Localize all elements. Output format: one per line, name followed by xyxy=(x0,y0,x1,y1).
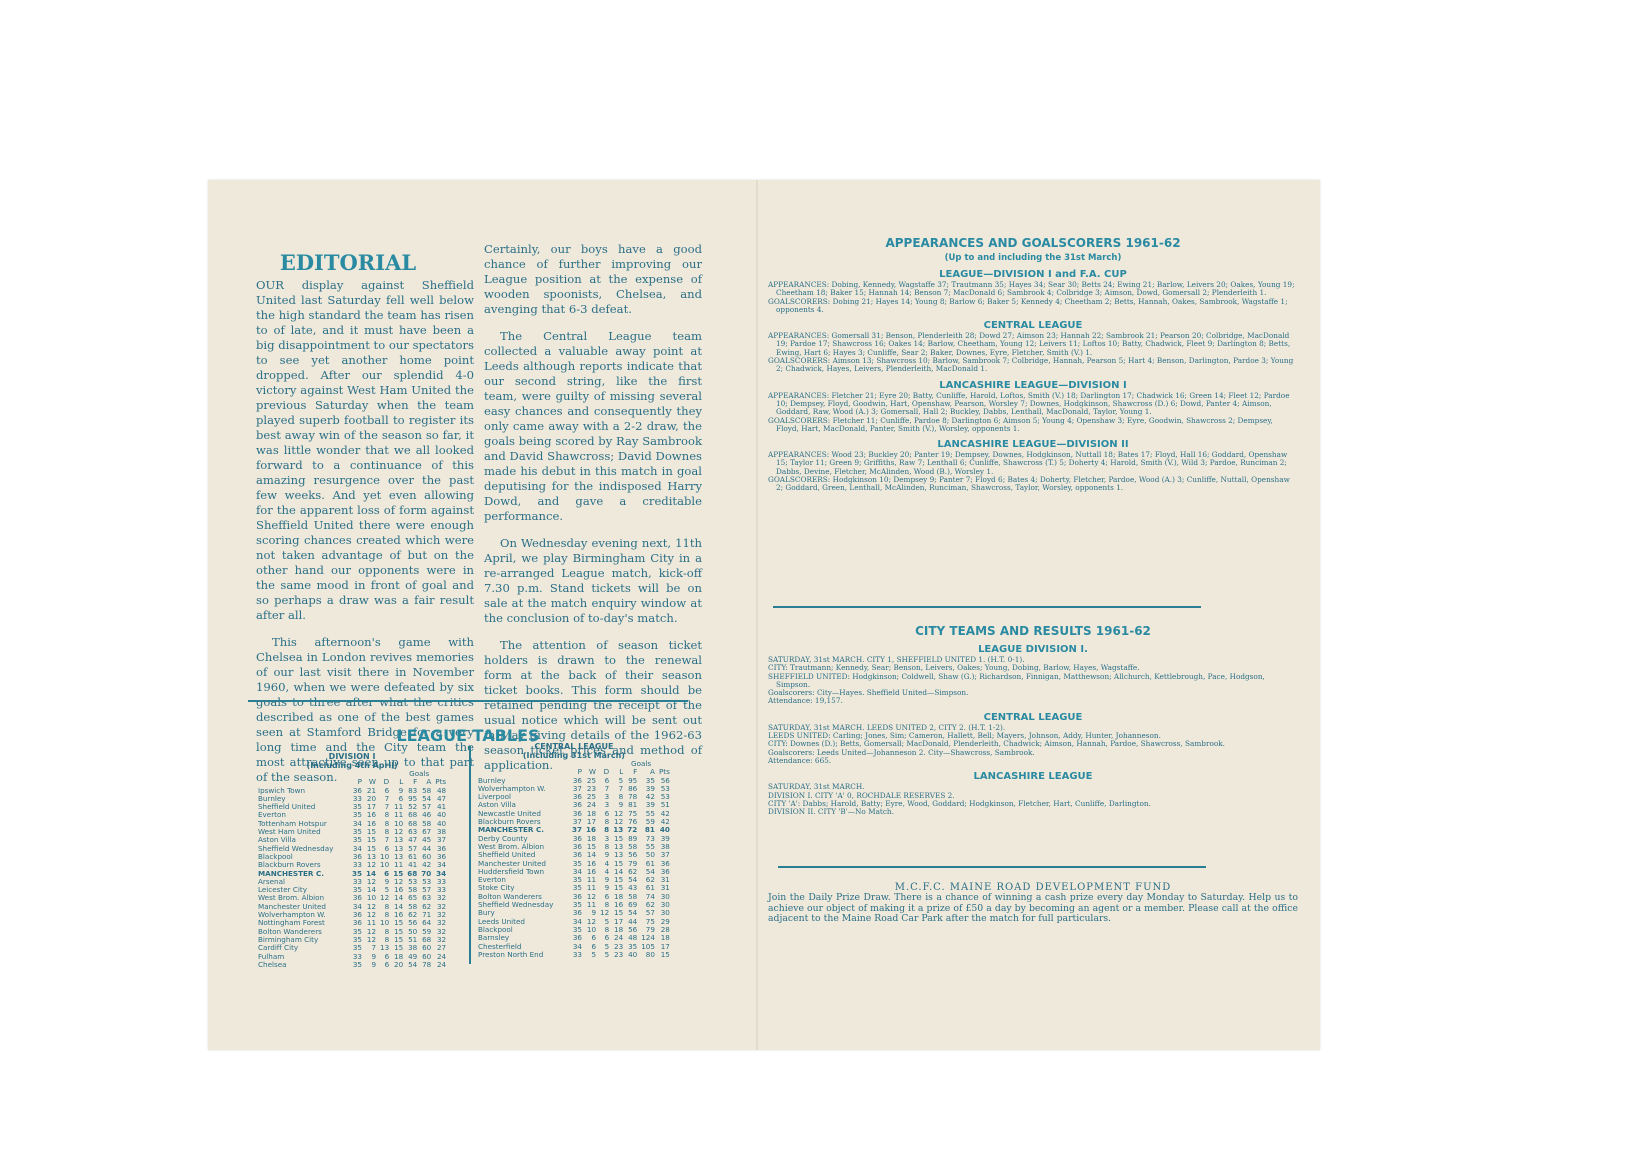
results-line: Goalscorers: Leeds United—Johanneson 2. … xyxy=(768,749,1298,757)
blank-cell xyxy=(476,760,570,768)
stat-cell: 5 xyxy=(598,951,611,959)
stat-cell: 80 xyxy=(639,951,657,959)
central-heading: CENTRAL LEAGUE xyxy=(476,742,672,751)
stat-cell: 6 xyxy=(378,961,391,969)
appearances-heading: LEAGUE—DIVISION I and F.A. CUP xyxy=(768,269,1298,280)
appearances-line: GOALSCORERS: Fletcher 11; Cunliffe, Pard… xyxy=(768,417,1298,434)
editorial-paragraph: OUR display against Sheffield United las… xyxy=(256,278,474,623)
results-block: SATURDAY, 31st MARCH. CITY 1, SHEFFIELD … xyxy=(768,656,1298,706)
results-line: SHEFFIELD UNITED: Hodgkinson; Coldwell, … xyxy=(768,673,1298,690)
blank-cell xyxy=(256,770,350,778)
results-heading: LEAGUE DIVISION I. xyxy=(768,644,1298,655)
appearances-line: APPEARANCES: Gomersall 31; Benson, Plend… xyxy=(768,332,1298,357)
development-fund: M.C.F.C. MAINE ROAD DEVELOPMENT FUND Joi… xyxy=(768,878,1298,925)
appearances-subtitle: (Up to and including the 31st March) xyxy=(768,253,1298,263)
fund-text: Join the Daily Prize Draw. There is a ch… xyxy=(768,893,1298,925)
blank-cell xyxy=(611,760,625,768)
appearances-line: APPEARANCES: Dobing, Kennedy, Wagstaffe … xyxy=(768,281,1298,298)
table-row: Preston North End335523408015 xyxy=(476,951,672,959)
appearances-line: APPEARANCES: Fletcher 21; Eyre 20; Batty… xyxy=(768,392,1298,417)
stat-cell: 24 xyxy=(433,961,448,969)
stat-cell: 23 xyxy=(611,951,625,959)
results-title: CITY TEAMS AND RESULTS 1961-62 xyxy=(768,624,1298,638)
stat-cell: 20 xyxy=(391,961,405,969)
appearances-block: APPEARANCES: Fletcher 21; Eyre 20; Batty… xyxy=(768,392,1298,433)
appearances-section: APPEARANCES AND GOALSCORERS 1961-62 (Up … xyxy=(768,236,1298,493)
team-name: Preston North End xyxy=(476,951,570,959)
goals-header-row: Goals xyxy=(476,760,672,768)
editorial-column-2: Certainly, our boys have a good chance o… xyxy=(484,242,702,785)
stat-cell: 5 xyxy=(584,951,598,959)
appearances-heading: LANCASHIRE LEAGUE—DIVISION I xyxy=(768,380,1298,391)
stat-cell: 40 xyxy=(625,951,639,959)
editorial-paragraph: Certainly, our boys have a good chance o… xyxy=(484,242,702,317)
division1-heading: DIVISION I xyxy=(256,752,448,761)
division1-table: DIVISION I (Including 4th April) GoalsPW… xyxy=(256,752,448,969)
page-fold xyxy=(756,180,758,1050)
appearances-heading: LANCASHIRE LEAGUE—DIVISION II xyxy=(768,439,1298,450)
appearances-line: GOALSCORERS: Dobing 21; Hayes 14; Young … xyxy=(768,298,1298,315)
central-league-table: CENTRAL LEAGUE (Including 31st March) Go… xyxy=(476,742,672,959)
appearances-block: APPEARANCES: Wood 23; Buckley 20; Panter… xyxy=(768,451,1298,492)
appearances-block: APPEARANCES: Gomersall 31; Benson, Plend… xyxy=(768,332,1298,373)
results-heading: CENTRAL LEAGUE xyxy=(768,712,1298,723)
stat-cell: 54 xyxy=(405,961,419,969)
appearances-line: APPEARANCES: Wood 23; Buckley 20; Panter… xyxy=(768,451,1298,476)
results-line: Attendance: 19,157. xyxy=(768,697,1298,705)
results-line: Attendance: 665. xyxy=(768,757,1298,765)
stat-cell: 33 xyxy=(570,951,584,959)
table-row: Chelsea359620547824 xyxy=(256,961,448,969)
stat-cell: 78 xyxy=(419,961,433,969)
appearances-heading: CENTRAL LEAGUE xyxy=(768,320,1298,331)
divider xyxy=(248,700,688,702)
results-section: CITY TEAMS AND RESULTS 1961-62 LEAGUE DI… xyxy=(768,624,1298,816)
editorial-paragraph: The Central League team collected a valu… xyxy=(484,329,702,524)
divider xyxy=(778,866,1206,868)
results-heading: LANCASHIRE LEAGUE xyxy=(768,771,1298,782)
stat-cell: 15 xyxy=(657,951,672,959)
divider xyxy=(773,606,1201,608)
results-block: SATURDAY, 31st MARCH.DIVISION I. CITY 'A… xyxy=(768,783,1298,816)
editorial-paragraph: On Wednesday evening next, 11th April, w… xyxy=(484,536,702,626)
team-name: Chelsea xyxy=(256,961,350,969)
goals-header-row: Goals xyxy=(256,770,448,778)
stat-cell: 35 xyxy=(350,961,364,969)
results-line: DIVISION II. CITY 'B'—No Match. xyxy=(768,808,1298,816)
appearances-block: APPEARANCES: Dobing, Kennedy, Wagstaffe … xyxy=(768,281,1298,314)
table-separator xyxy=(469,746,471,964)
appearances-title: APPEARANCES AND GOALSCORERS 1961-62 xyxy=(768,236,1298,250)
results-line: Goalscorers: City—Hayes. Sheffield Unite… xyxy=(768,689,1298,697)
editorial-column-1: OUR display against Sheffield United las… xyxy=(256,278,474,797)
blank-cell xyxy=(391,770,405,778)
appearances-line: GOALSCORERS: Hodgkinson 10; Dempsey 9; P… xyxy=(768,476,1298,493)
appearances-line: GOALSCORERS: Aimson 13; Shawcross 10; Ba… xyxy=(768,357,1298,374)
editorial-title: EDITORIAL xyxy=(268,250,428,275)
results-block: SATURDAY, 31st MARCH. LEEDS UNITED 2, CI… xyxy=(768,724,1298,765)
programme-spread: EDITORIAL OUR display against Sheffield … xyxy=(208,180,1320,1050)
stat-cell: 9 xyxy=(364,961,378,969)
